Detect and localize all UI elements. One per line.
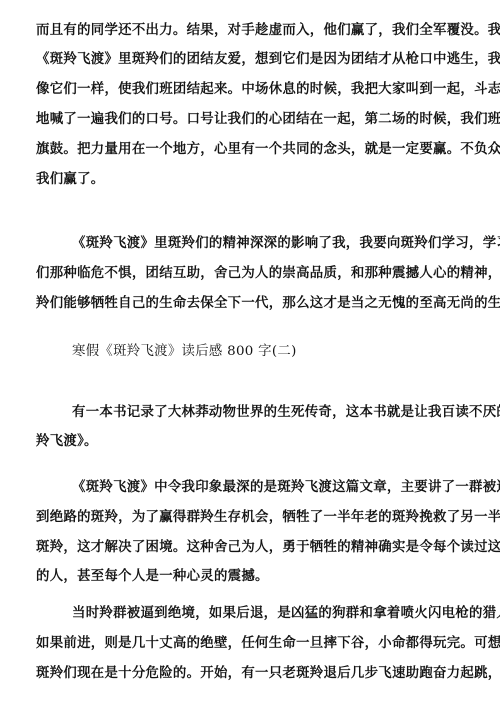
text-line: 斑羚们现在是十分危险的。开始，有一只老斑羚退后几步飞速助跑奋力起跳，还是 — [36, 663, 464, 683]
text-line: 而且有的同学还不出力。结果，对手趁虚而入，他们赢了，我们全军覆没。我想到 — [36, 20, 464, 40]
text-line: 如果前进，则是几十丈高的绝壁，任何生命一旦摔下谷，小命都得玩完。可想而知， — [36, 633, 464, 653]
text-line: 像它们一样，使我们班团结起来。中场休息的时候，我把大家叫到一起，斗志昂扬 — [36, 79, 464, 99]
text-line: 地喊了一遍我们的口号。口号让我们的心团结在一起，第二场的时候，我们班重振 — [36, 109, 464, 129]
text-line: 到绝路的斑羚，为了赢得群羚生存机会，牺牲了一半年老的斑羚挽救了另一半年轻 — [36, 507, 464, 527]
text-line: 有一本书记录了大林莽动物世界的生死传奇，这本书就是让我百读不厌的《斑 — [72, 402, 500, 422]
text-line: 我们赢了。 — [36, 169, 104, 189]
text-line: 羚们能够牺牲自己的生命去保全下一代，那么这才是当之无愧的至高无尚的生命。 — [36, 293, 464, 313]
text-line: 的人，甚至每个人是一种心灵的震撼。 — [36, 566, 269, 586]
text-line: 旗鼓。把力量用在一个地方，心里有一个共同的念头，就是一定要赢。不负众望， — [36, 139, 464, 159]
text-line: 羚飞渡》。 — [36, 431, 98, 451]
text-line: 《斑羚飞渡》里斑羚们的精神深深的影响了我，我要向斑羚们学习，学习它 — [72, 233, 500, 253]
text-line: 当时羚群被逼到绝境，如果后退，是凶猛的狗群和拿着喷火闪电枪的猎人。 — [72, 603, 500, 623]
text-line: 寒假《斑羚飞渡》读后感 800 字(二) — [72, 342, 297, 362]
text-line: 们那种临危不惧，团结互助，舍己为人的崇高品质，和那种震撼人心的精神，老斑 — [36, 263, 464, 283]
text-line: 斑羚，这才解决了困境。这种舍己为人，勇于牺牲的精神确实是令每个读过这本书 — [36, 537, 464, 557]
text-line: 《斑羚飞渡》中令我印象最深的是斑羚飞渡这篇文章，主要讲了一群被追逼 — [72, 477, 500, 497]
text-line: 《斑羚飞渡》里斑羚们的团结友爱，想到它们是因为团结才从枪口中逃生，我也想 — [36, 49, 464, 69]
